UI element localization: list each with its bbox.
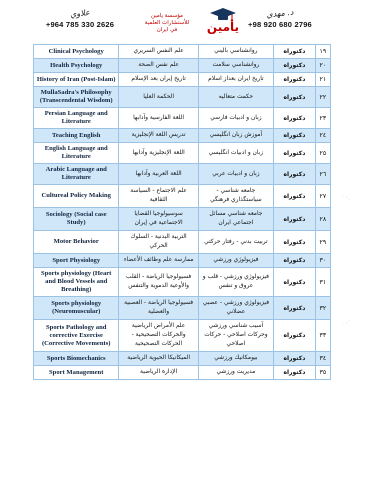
table-row: Persian Language and Literature اللغة ال… [34,108,331,129]
course-name-english: Clinical Psychology [49,48,104,55]
course-name-arabic: الحكمة العليا [143,94,174,100]
course-name-arabic: فسيولوجيا الرياضة - العصبية والعضلية [124,300,193,315]
row-number: ٣٣ [320,332,327,339]
course-name-english: Sports Pathology and corrective Exercise… [42,324,111,347]
degree-label: دكتوراه [283,355,305,362]
contact-left: علاوي +964 785 330 2626 [30,10,130,29]
course-name-persian: تاريخ ايران بعداز اسلام [208,76,264,82]
institute-line-2: للأستشارات العلمية [138,20,196,27]
table-row: MullaSadra's Philosophy (Transcendental … [34,87,331,108]
course-name-english: Motor Behavior [54,238,99,245]
course-name-arabic: التربية البدنية - السلوك الحركي [131,234,187,249]
row-number: ٢٣ [320,115,327,122]
table-row: Cultureal Policy Making علم الاجتماع - ا… [34,185,331,208]
course-name-persian: روانشناسي سلامت [212,62,259,68]
course-name-arabic: اللغة العربية وآدابها [136,171,182,177]
course-name-arabic: علم النفس السريري [133,48,183,54]
course-name-persian: آسيب شناسي ورزشي وحركات اصلاحي - حركات ا… [204,323,267,347]
table-row: Motor Behavior التربية البدنية - السلوك … [34,231,331,254]
table-row: Sports Biomechanics الميكانيكا الحيوية ا… [34,352,331,366]
degree-label: دكتوراه [283,48,305,55]
row-number: ٢٨ [320,216,327,223]
degree-label: دكتوراه [283,115,305,122]
course-name-english: Arabic Language and Literature [46,166,107,181]
table-row: Health Psychology علم نفس الصحة روانشناس… [34,59,331,73]
course-name-english: Teaching English [52,132,100,139]
row-number: ٢٩ [320,239,327,246]
degree-label: دكتوراه [283,305,305,312]
course-name-persian: مديريت ورزشي [216,369,255,375]
course-name-persian: زبان و ادبيات عربي [212,171,259,177]
course-name-english: Sports physiology (Heart and Blood Vesse… [41,270,111,293]
course-name-arabic: الميكانيكا الحيوية الرياضية [127,355,190,361]
row-number: ٣٥ [320,369,327,376]
course-name-english: History of Iran (Post-Islam) [37,76,116,83]
table-row: Sport Physiology ممارسة علم وظائف الأعضا… [34,254,331,268]
course-name-persian: جامعه شناسي - سياستگذاري فرهنگي [210,188,262,203]
degree-label: دكتوراه [283,62,305,69]
document-page: علاوي +964 785 330 2626 مؤسسة يامين للأس… [0,0,375,485]
course-name-arabic: سوسيولوجيا القضايا الاجتماعية في إيران [134,211,182,226]
degree-label: دكتوراه [283,279,305,286]
table-row: English Language and Literature اللغة ال… [34,143,331,164]
course-name-persian: زبان و ادبيات فارسي [210,115,261,121]
table-row: Sports Pathology and corrective Exercise… [34,320,331,352]
course-name-english: Sociology (Social case Study) [46,211,107,226]
degree-label: دكتوراه [283,94,305,101]
row-number: ٢٢ [320,94,327,101]
course-name-arabic: علم نفس الصحة [138,62,179,68]
contact-right: د. مهدي +98 920 680 2796 [225,10,335,29]
row-number: ١٩ [320,48,327,55]
course-name-arabic: تدريس اللغة الإنجليزية [132,132,186,138]
degree-label: دكتوراه [283,171,305,178]
row-number: ٢٤ [320,132,327,139]
course-name-arabic: اللغة الفارسية وآدابها [133,115,184,121]
degree-label: دكتوراه [283,216,305,223]
course-name-persian: تربيت بدني - رفتار حركتي [204,239,267,245]
table-row: Sociology (Social case Study) سوسيولوجيا… [34,208,331,231]
course-name-arabic: علم الأمراض الرياضية والحركات التصحيحية … [132,323,186,347]
course-name-persian: آموزش زبان انگليسي [210,132,263,138]
course-name-english: Cultureal Policy Making [41,192,110,199]
course-name-persian: زبان و ادبيات انگليسي [209,150,264,156]
course-name-persian: حكمت متعاليه [219,94,253,100]
course-name-english: Sport Physiology [52,257,100,264]
row-number: ٢٧ [320,193,327,200]
table-row: Arabic Language and Literature اللغة الع… [34,164,331,185]
course-name-persian: فيزيولوژي ورزشي - عصبي عضلاني [203,300,269,315]
row-number: ٢١ [320,76,327,83]
table-row: Sports physiology (Neuromuscular) فسيولو… [34,297,331,320]
table-row: Teaching English تدريس اللغة الإنجليزية … [34,129,331,143]
degree-label: دكتوراه [283,257,305,264]
degree-label: دكتوراه [283,76,305,83]
row-number: ٣١ [320,279,327,286]
course-name-arabic: ممارسة علم وظائف الأعضاء [124,257,194,263]
table-row: Sport Management الإدارة الرياضية مديريت… [34,366,331,380]
institute-name: مؤسسة يامين للأستشارات العلمية في ايران [138,13,196,34]
course-name-arabic: تاريخ إيران بعد الإسلام [131,76,186,82]
degree-label: دكتوراه [283,150,305,157]
row-number: ٢٥ [320,150,327,157]
degree-label: دكتوراه [283,193,305,200]
course-name-arabic: علم الاجتماع - السياسة الثقافية [130,188,187,203]
course-name-persian: روانشناسي باليني [214,48,257,54]
course-name-arabic: فسيولوجيا الرياضة - القلب والأوعية الدمو… [126,274,191,289]
degree-label: دكتوراه [283,332,305,339]
row-number: ٣٠ [320,257,327,264]
course-name-english: MullaSadra's Philosophy (Transcendental … [40,89,113,104]
course-name-english: Sports Biomechanics [47,355,106,362]
row-number: ٣٢ [320,305,327,312]
course-name-persian: بيومكانيك ورزشي [214,355,257,361]
course-name-english: Health Psychology [50,62,102,69]
course-name-english: Sports physiology (Neuromuscular) [51,300,101,315]
degree-label: دكتوراه [283,369,305,376]
table-row: Sports physiology (Heart and Blood Vesse… [34,268,331,297]
degree-label: دكتوراه [283,132,305,139]
courses-table: Clinical Psychology علم النفس السريري رو… [33,44,331,380]
row-number: ٢٠ [320,62,327,69]
course-name-english: Persian Language and Literature [45,110,108,125]
institute-line-3: في ايران [138,27,196,34]
course-name-arabic: اللغة الإنجليزية وآدابها [132,150,184,156]
course-name-persian: جامعه شناسي مسائل اجتماعي ايران [209,211,262,226]
row-number: ٣٤ [320,355,327,362]
page-header: علاوي +964 785 330 2626 مؤسسة يامين للأس… [0,6,375,44]
course-name-english: Sport Management [49,369,103,376]
table-row: Clinical Psychology علم النفس السريري رو… [34,45,331,59]
institute-line-1: مؤسسة يامين [138,13,196,20]
course-name-persian: فيزيولوژي ورزشي - قلب و عروق و تنفس [203,274,269,289]
row-number: ٢٦ [320,171,327,178]
course-name-arabic: الإدارة الرياضية [140,369,177,375]
degree-label: دكتوراه [283,239,305,246]
course-name-persian: فيزيولوژي ورزشي [213,257,258,263]
course-name-english: English Language and Literature [45,145,108,160]
table-row: History of Iran (Post-Islam) تاريخ إيران… [34,73,331,87]
